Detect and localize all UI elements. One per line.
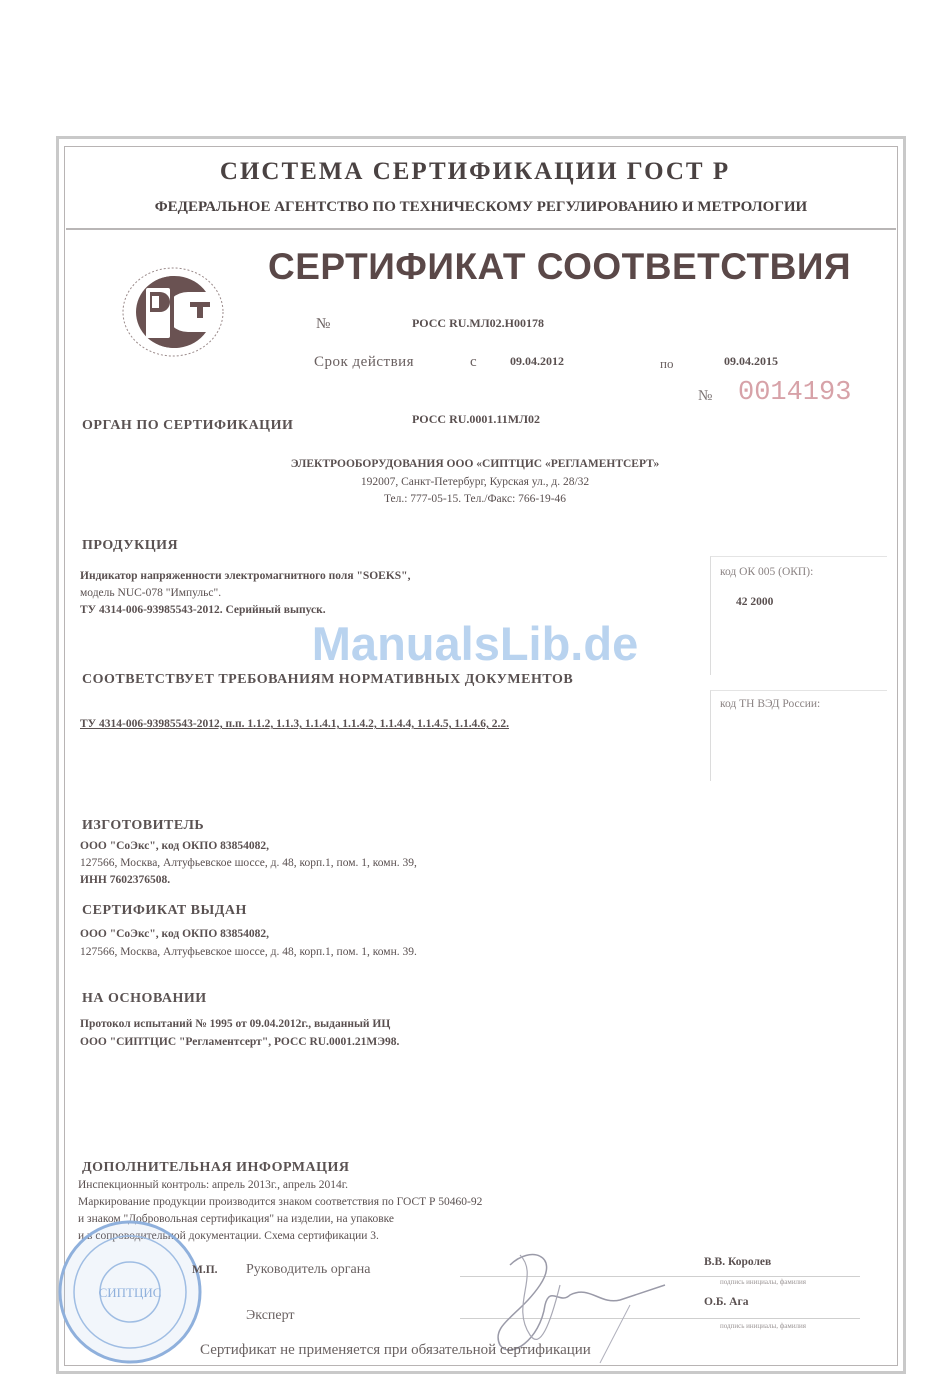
manufacturer-line-3: ИНН 7602376508. [80, 872, 170, 889]
issued-to-line-2: 127566, Москва, Алтуфьевское шоссе, д. 4… [80, 944, 417, 961]
manufacturer-line-2: 127566, Москва, Алтуфьевское шоссе, д. 4… [80, 855, 417, 872]
certificate-title: СЕРТИФИКАТ СООТВЕТСТВИЯ [268, 246, 851, 288]
expert-name: О.Б. Ага [704, 1294, 748, 1311]
validity-label: Срок действия [314, 354, 414, 371]
issued-to-line-1: ООО "СоЭкс", код ОКПО 83854082, [80, 926, 269, 943]
certificate-number: РОСС RU.МЛ02.Н00178 [412, 316, 544, 331]
certification-body-code: РОСС RU.0001.11МЛ02 [412, 412, 540, 427]
serial-number-label: № [698, 388, 712, 405]
valid-from-label: с [470, 354, 477, 371]
certification-body-line-3: Тел.: 777-05-15. Тел./Факс: 766-19-46 [0, 491, 950, 508]
expert-label: Эксперт [246, 1308, 295, 1324]
issued-to-label: СЕРТИФИКАТ ВЫДАН [82, 903, 247, 919]
additional-line-2: Маркирование продукции производится знак… [78, 1194, 482, 1211]
head-caption: подпись инициалы, фамилия [720, 1278, 806, 1286]
certification-body-label: ОРГАН ПО СЕРТИФИКАЦИИ [82, 418, 293, 434]
footer-note: Сертификат не применяется при обязательн… [200, 1342, 591, 1359]
serial-number: 0014193 [738, 378, 851, 408]
certification-body-line-2: 192007, Санкт-Петербург, Курская ул., д.… [0, 474, 950, 491]
valid-to-label: по [660, 356, 673, 372]
official-stamp-icon: СИПТЦИС [56, 1218, 204, 1366]
manufacturer-line-1: ООО "СоЭкс", код ОКПО 83854082, [80, 838, 269, 855]
valid-from-date: 09.04.2012 [510, 354, 564, 369]
head-name: В.В. Королев [704, 1254, 771, 1271]
svg-text:СИПТЦИС: СИПТЦИС [99, 1285, 162, 1300]
agency-title: ФЕДЕРАЛЬНОЕ АГЕНТСТВО ПО ТЕХНИЧЕСКОМУ РЕ… [66, 199, 896, 216]
okp-code-label: код ОК 005 (ОКП): [720, 564, 813, 581]
conformity-documents: ТУ 4314-006-93985543-2012, п.п. 1.1.2, 1… [80, 716, 509, 733]
head-label: Руководитель органа [246, 1262, 370, 1278]
conformity-label: СООТВЕТСТВУЕТ ТРЕБОВАНИЯМ НОРМАТИВНЫХ ДО… [82, 672, 573, 688]
number-label: № [316, 316, 330, 333]
product-label: ПРОДУКЦИЯ [82, 538, 178, 554]
manufacturer-label: ИЗГОТОВИТЕЛЬ [82, 818, 204, 834]
tnved-code-label: код ТН ВЭД России: [720, 696, 820, 713]
header-divider [66, 228, 896, 230]
mp-label: М.П. [192, 1262, 218, 1279]
product-line-1: Индикатор напряженности электромагнитног… [80, 568, 410, 585]
valid-to-date: 09.04.2015 [724, 354, 778, 369]
product-line-2: модель NUC-078 "Импульс". [80, 585, 221, 602]
expert-caption: подпись инициалы, фамилия [720, 1322, 806, 1330]
pct-certification-mark-icon [118, 262, 228, 360]
additional-info-label: ДОПОЛНИТЕЛЬНАЯ ИНФОРМАЦИЯ [82, 1160, 349, 1176]
additional-line-1: Инспекционный контроль: апрель 2013г., а… [78, 1177, 348, 1194]
okp-code-value: 42 2000 [736, 594, 773, 611]
watermark: ManualsLib.de [0, 616, 950, 671]
basis-label: НА ОСНОВАНИИ [82, 991, 207, 1007]
system-title: СИСТЕМА СЕРТИФИКАЦИИ ГОСТ Р [0, 158, 950, 186]
certification-body-line-1: ЭЛЕКТРООБОРУДОВАНИЯ ООО «СИПТЦИС «РЕГЛАМ… [0, 456, 950, 473]
basis-line-2: ООО "СИПТЦИС "Регламентсерт", РОСС RU.00… [80, 1034, 399, 1051]
basis-line-1: Протокол испытаний № 1995 от 09.04.2012г… [80, 1016, 390, 1033]
